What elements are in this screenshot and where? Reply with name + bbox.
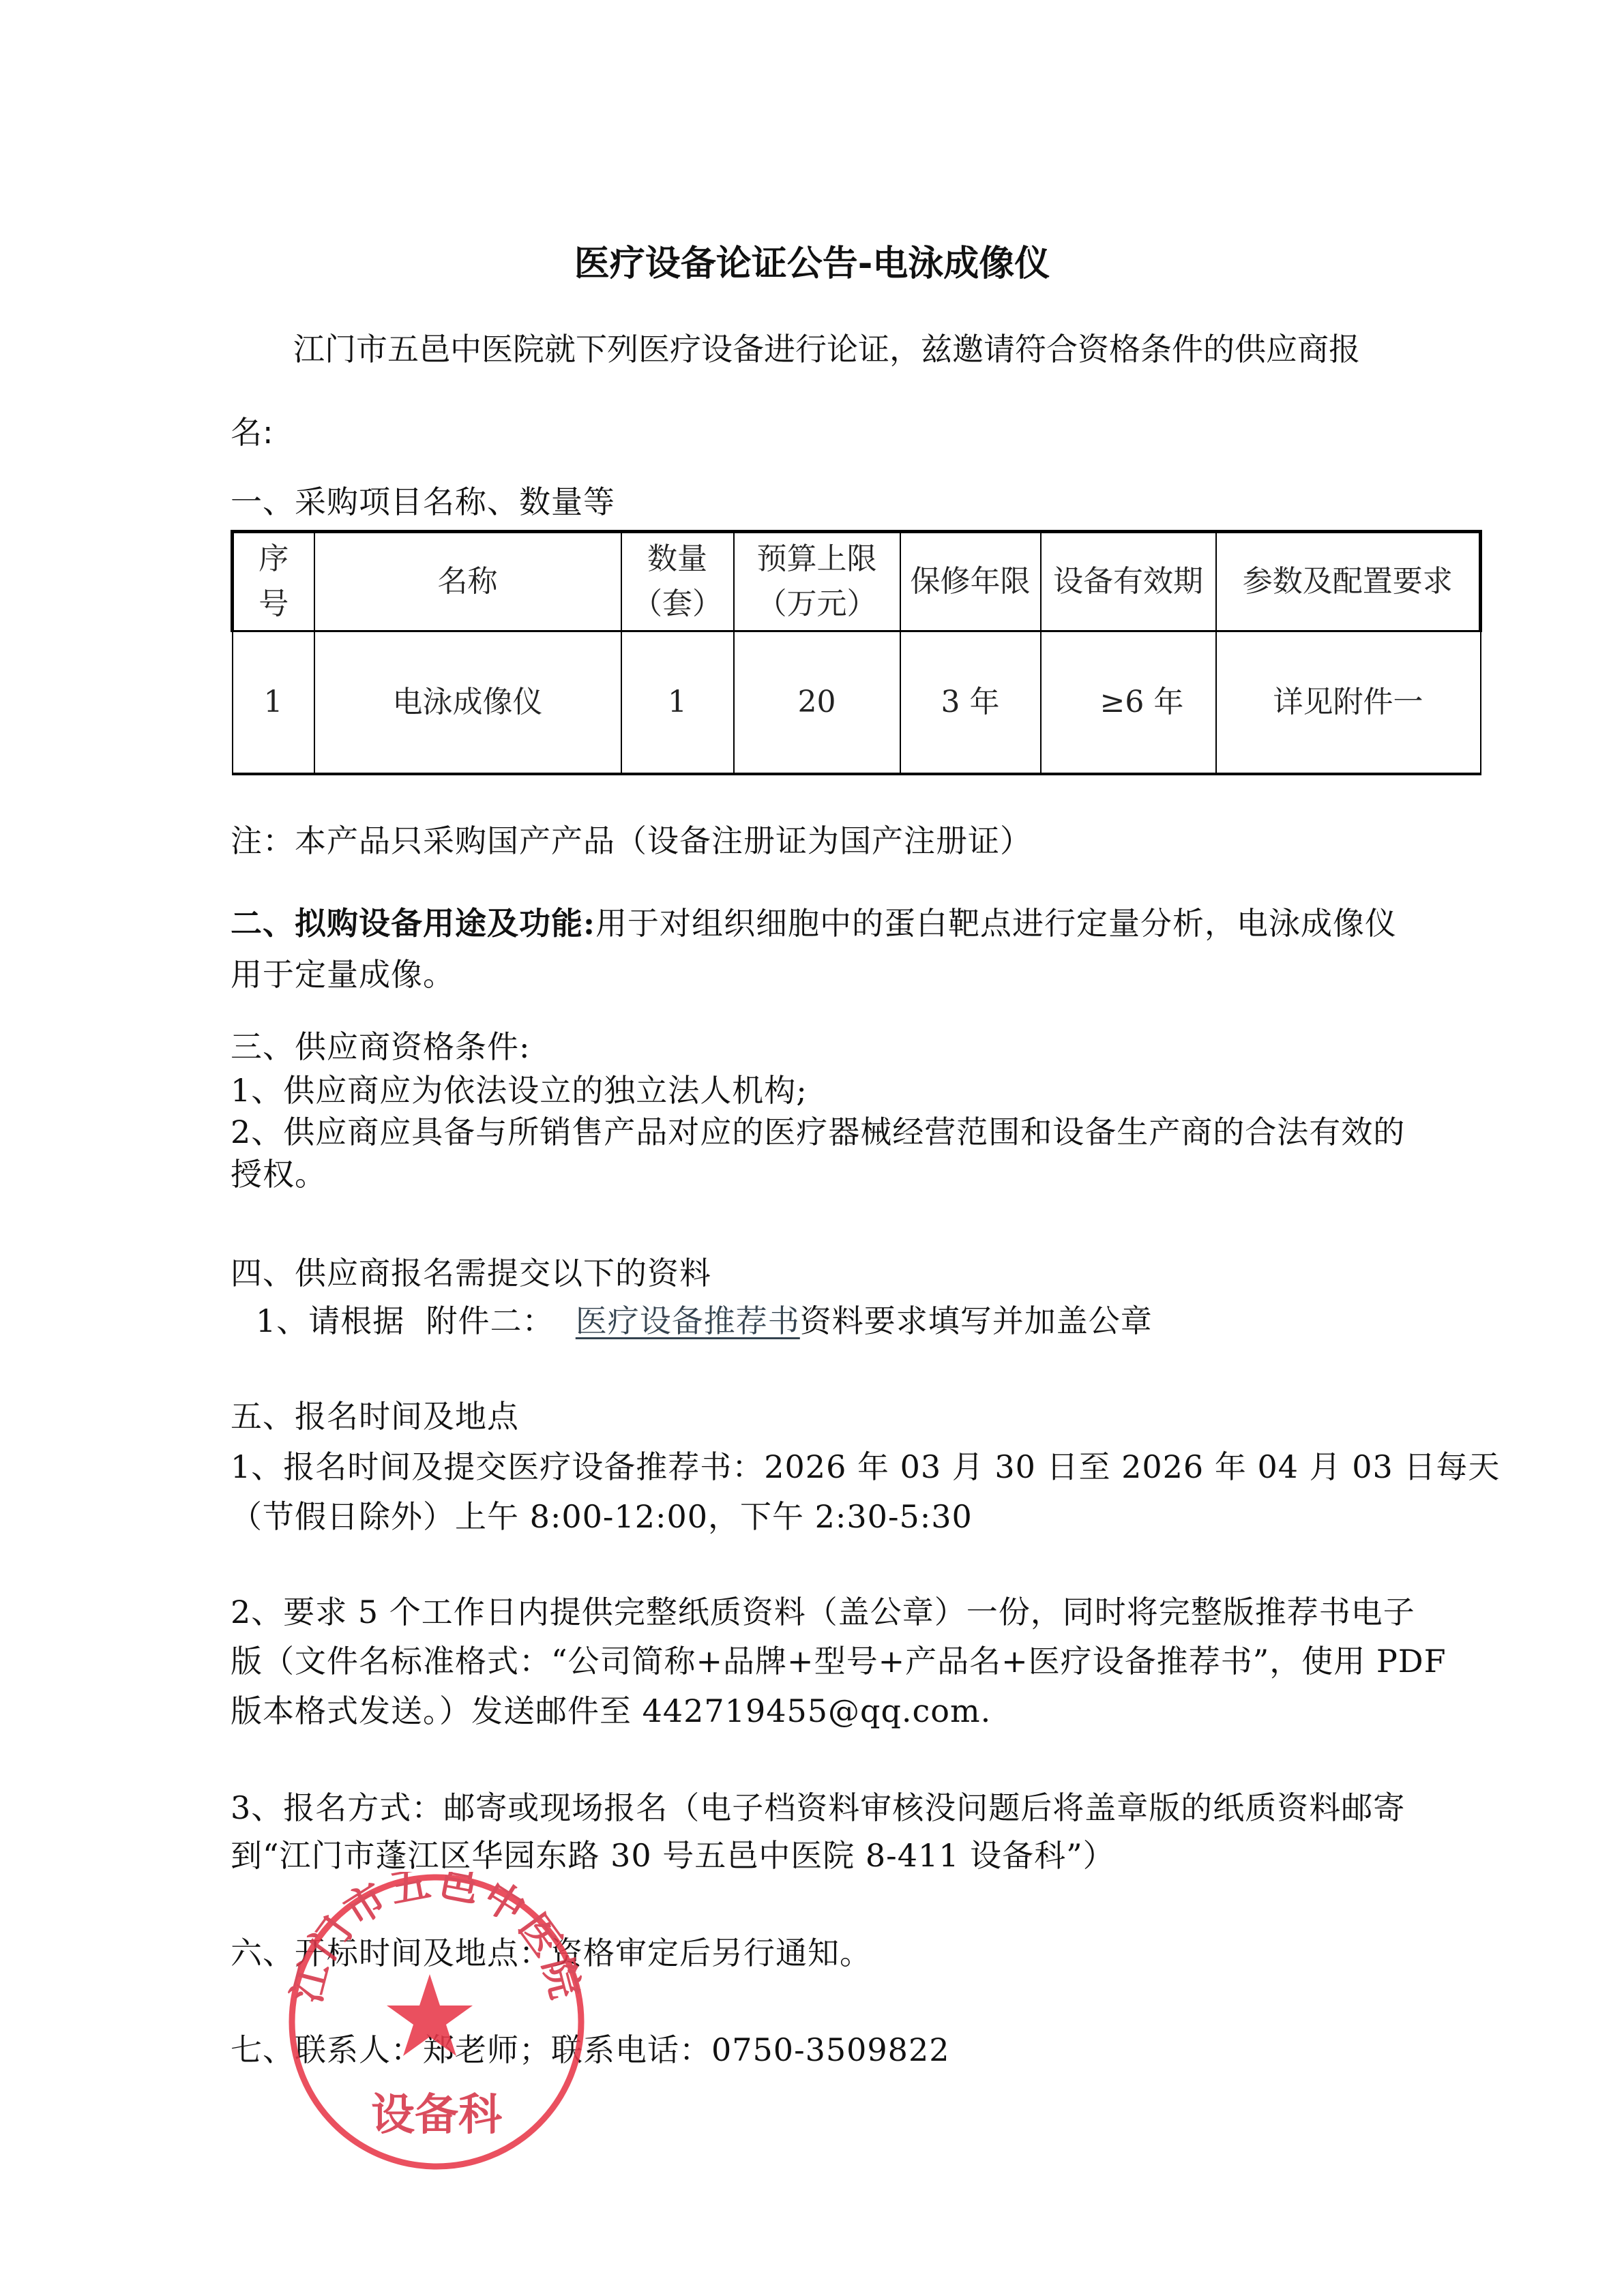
header-text: 预算上限 <box>735 537 900 582</box>
cell-index: 1 <box>233 631 314 775</box>
header-cell-validity: 设备有效期 <box>1041 532 1216 631</box>
stamp-bottom-text: 设备科 <box>371 2090 502 2141</box>
section5-item2-line1: 2、要求 5 个工作日内提供完整纸质资料（盖公章）一份，同时将完整版推荐书电子 <box>231 1592 1415 1632</box>
section5-item3-line2: 到“江门市蓬江区华园东路 30 号五邑中医院 8-411 设备科”） <box>231 1835 1115 1876</box>
stamp-ring <box>292 1877 581 2166</box>
table-row: 1 电泳成像仪 1 20 3 年 ≥6 年 详见附件一 <box>233 631 1481 775</box>
header-text: 设备有效期 <box>1053 564 1203 599</box>
section3-item-2-cont: 授权。 <box>231 1154 327 1195</box>
intro-text-line2: 名: <box>231 412 274 453</box>
section7-contact: 七、联系人：郑老师；联系电话：0750-3509822 <box>231 2029 949 2070</box>
official-seal-stamp: 江门市五邑中医院 设备科 <box>286 1872 587 2172</box>
header-text: 保修年限 <box>911 564 1031 599</box>
section3-item-1: 1、供应商应为依法设立的独立法人机构; <box>231 1070 808 1111</box>
cell-name: 电泳成像仪 <box>314 631 621 775</box>
header-cell-requirements: 参数及配置要求 <box>1216 532 1481 631</box>
section5-item3-line1: 3、报名方式：邮寄或现场报名（电子档资料审核没问题后将盖章版的纸质资料邮寄 <box>231 1787 1405 1828</box>
cell-warranty: 3 年 <box>900 631 1041 775</box>
cell-quantity: 1 <box>621 631 734 775</box>
section5-item2-line2: 版（文件名标准格式：“公司简称+品牌+型号+产品名+医疗设备推荐书”，使用 PD… <box>231 1641 1447 1682</box>
section5-item1-line2: （节假日除外）上午 8:00-12:00，下午 2:30-5:30 <box>231 1496 973 1537</box>
header-cell-quantity: 数量 （套） <box>621 532 734 631</box>
section2-heading: 二、拟购设备用途及功能: <box>231 905 595 942</box>
section5-item2-line3: 版本格式发送。）发送邮件至 442719455@qq.com. <box>231 1690 991 1731</box>
section1-heading: 一、采购项目名称、数量等 <box>231 481 615 522</box>
cell-validity: ≥6 年 <box>1041 631 1216 775</box>
intro-text-line1: 江门市五邑中医院就下列医疗设备进行论证，兹邀请符合资格条件的供应商报 <box>293 329 1360 370</box>
header-text: 序 <box>234 537 314 582</box>
section4-item-suffix: 资料要求填写并加盖公章 <box>800 1302 1153 1339</box>
section3-heading: 三、供应商资格条件: <box>231 1026 531 1067</box>
section2-line2: 用于定量成像。 <box>231 954 455 995</box>
header-text: 名称 <box>438 564 498 599</box>
header-text: （万元） <box>735 582 900 627</box>
table-header-row: 序 号 名称 数量 （套） 预算上限 （万元） 保修年限 设备有效期 参数及配置… <box>233 532 1481 631</box>
header-text: 数量 <box>622 537 733 582</box>
section5-item1-line1: 1、报名时间及提交医疗设备推荐书：2026 年 03 月 30 日至 2026 … <box>231 1446 1500 1487</box>
section4-item-1: 1、请根据 附件二： 医疗设备推荐书资料要求填写并加盖公章 <box>256 1300 1153 1341</box>
page-title: 医疗设备论证公告-电泳成像仪 <box>0 242 1624 286</box>
header-cell-budget: 预算上限 （万元） <box>734 532 900 631</box>
header-text: 号 <box>234 582 314 627</box>
section6-text: 六、开标时间及地点：资格审定后另行通知。 <box>231 1933 872 1973</box>
section2-line1: 二、拟购设备用途及功能:用于对组织细胞中的蛋白靶点进行定量分析，电泳成像仪 <box>231 903 1397 944</box>
section4-item-prefix: 1、请根据 附件二： <box>256 1302 555 1339</box>
header-cell-index: 序 号 <box>233 532 314 631</box>
cell-budget: 20 <box>734 631 900 775</box>
recommendation-form-link[interactable]: 医疗设备推荐书 <box>576 1302 800 1339</box>
header-text: （套） <box>622 582 733 627</box>
section5-heading: 五、报名时间及地点 <box>231 1396 519 1437</box>
header-cell-name: 名称 <box>314 532 621 631</box>
section4-heading: 四、供应商报名需提交以下的资料 <box>231 1253 711 1294</box>
section2-text: 用于对组织细胞中的蛋白靶点进行定量分析，电泳成像仪 <box>595 905 1397 942</box>
procurement-note: 注：本产品只采购国产产品（设备注册证为国产注册证） <box>231 820 1032 861</box>
section3-item-2: 2、供应商应具备与所销售产品对应的医疗器械经营范围和设备生产商的合法有效的 <box>231 1112 1405 1152</box>
header-text: 参数及配置要求 <box>1243 564 1453 599</box>
header-cell-warranty: 保修年限 <box>900 532 1041 631</box>
procurement-table: 序 号 名称 数量 （套） 预算上限 （万元） 保修年限 设备有效期 参数及配置… <box>231 530 1482 775</box>
cell-requirements: 详见附件一 <box>1216 631 1481 775</box>
